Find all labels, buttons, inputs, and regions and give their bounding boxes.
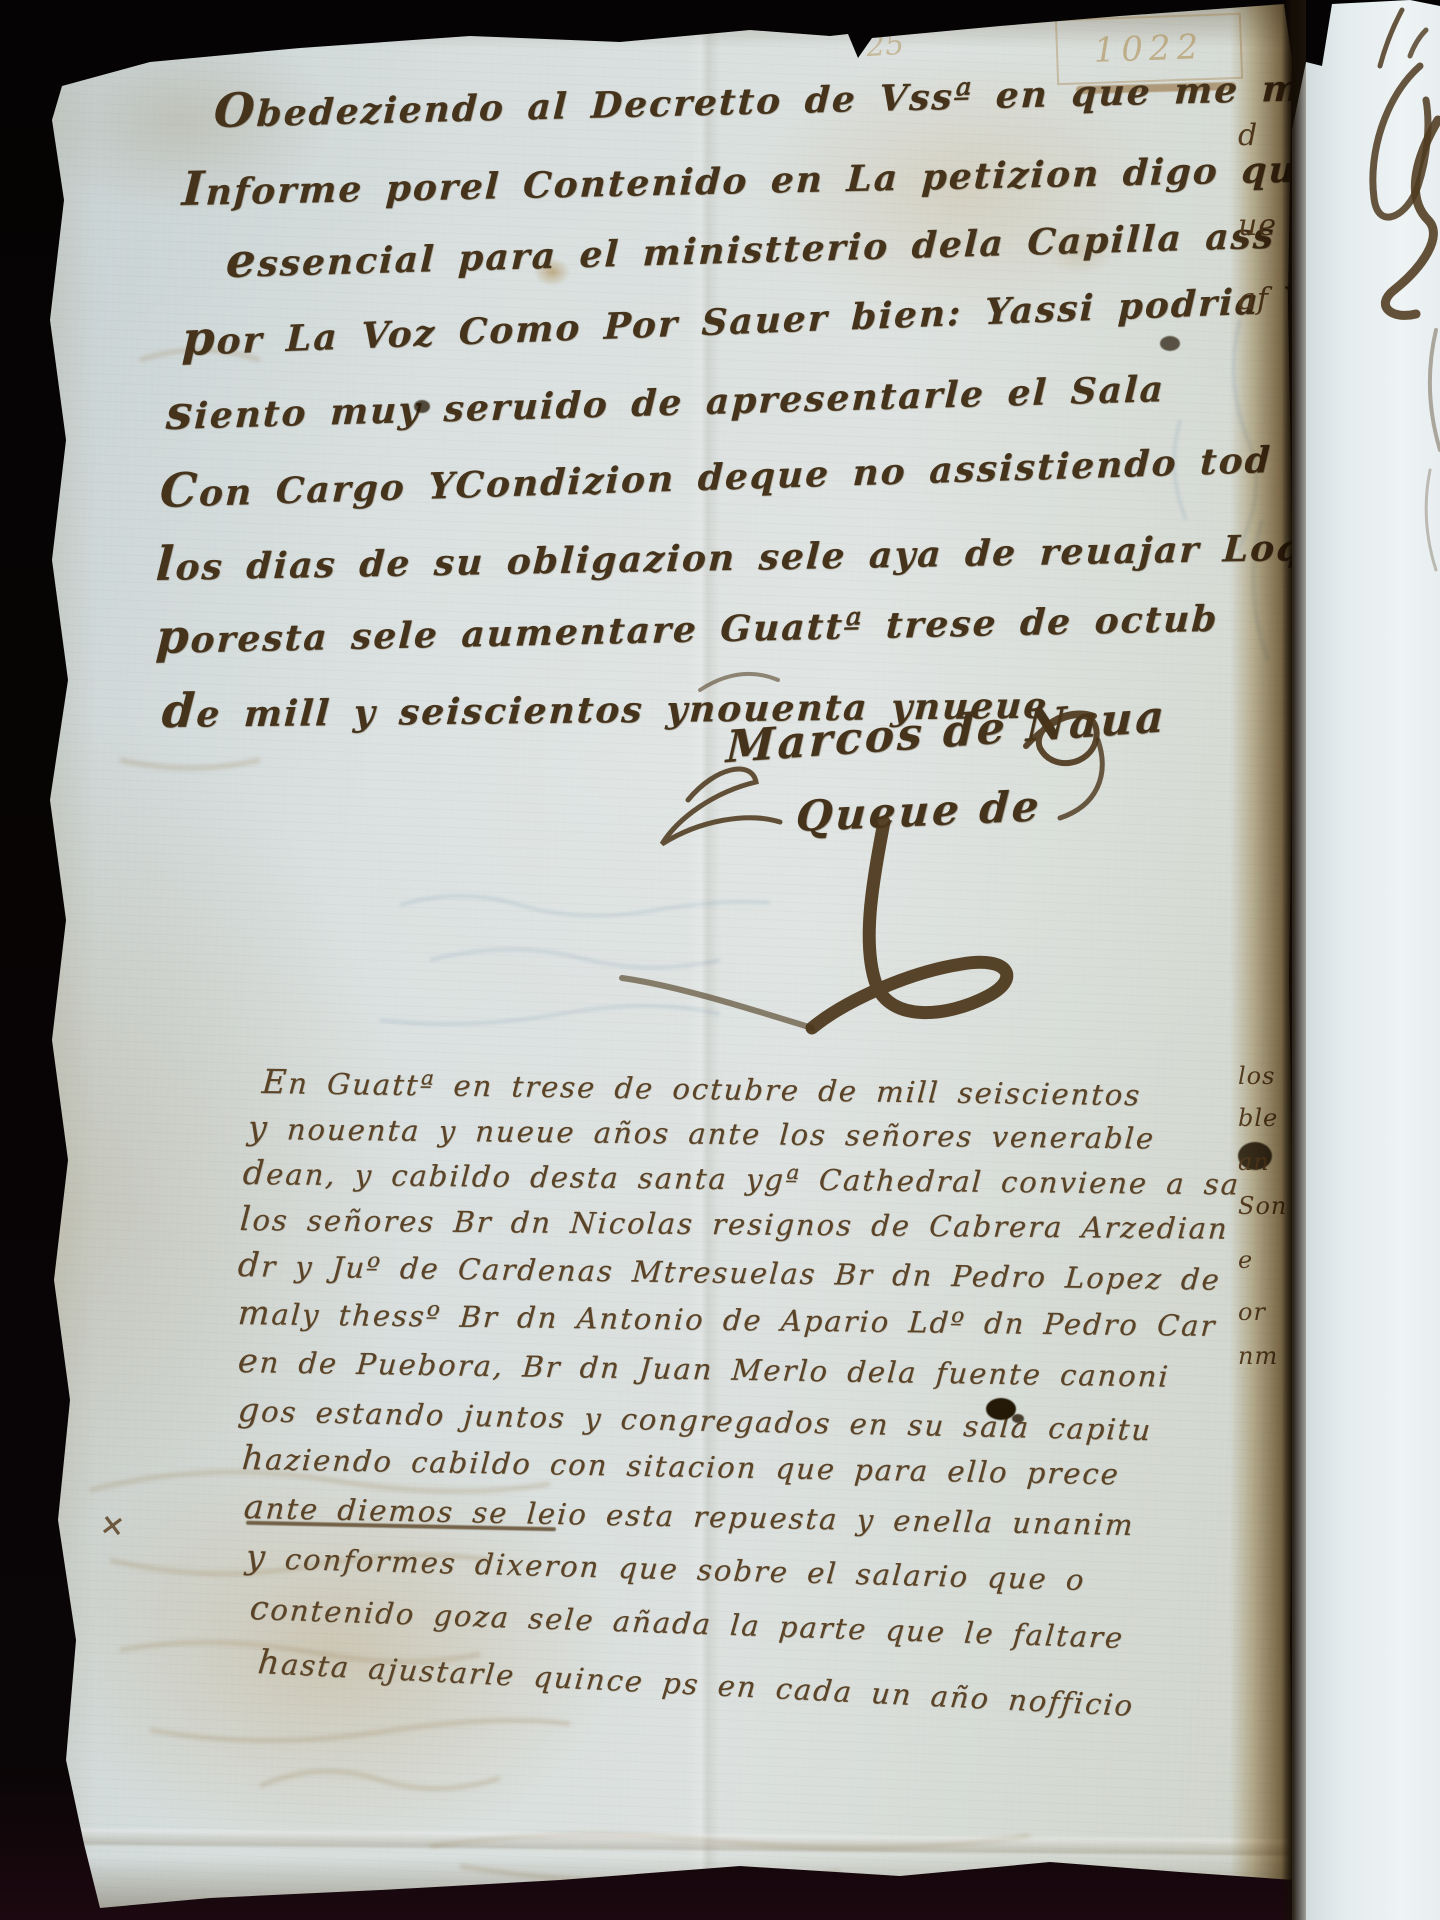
- binding-gutter-shadow: [1282, 0, 1306, 1920]
- deckle-edge-highlight: [24, 0, 54, 1920]
- archive-number-left: 25: [865, 27, 906, 65]
- report-line: los dias de su obligazion sele aya de re…: [155, 516, 1359, 592]
- photo-backdrop: 25 1022 Obedeziendo al Decretto de Vssª …: [0, 0, 1440, 1920]
- report-line: poresta sele aumentare Guattª trese de o…: [155, 588, 1220, 665]
- report-line: Obedeziendo al Decretto de Vssª en que m…: [213, 56, 1357, 139]
- report-line: Informe porel Contenido en La petizion d…: [181, 138, 1324, 217]
- act-line: dean, y cabildo desta santa ygª Cathedra…: [242, 1153, 1242, 1202]
- report-line: siento muy seruido de apresentarle el Sa…: [165, 358, 1166, 441]
- act-line: en de Puebora, Br dn Juan Merlo dela fue…: [237, 1341, 1172, 1395]
- act-line: haziendo cabildo con sitacion que para e…: [241, 1438, 1122, 1492]
- act-line: y nouenta y nueue años ante los señores …: [247, 1108, 1157, 1156]
- deckle-edge-shadow: [0, 0, 96, 1920]
- signature-name-2: Queue de: [794, 781, 1043, 841]
- act-line: maly thessº Br dn Antonio de Apario Ldº …: [237, 1293, 1218, 1344]
- ink-blot: [1160, 336, 1180, 351]
- adjacent-folio-page: [1292, 0, 1440, 1920]
- ink-blot: [414, 400, 430, 413]
- act-line: En Guattª en trese de octubre de mill se…: [261, 1062, 1143, 1113]
- act-line: dr y Juº de Cardenas Mtresuelas Br dn Pe…: [237, 1245, 1223, 1298]
- act-line: los señores Br dn Nicolas resignos de Ca…: [239, 1199, 1230, 1247]
- margin-check-mark: ×: [98, 1506, 128, 1544]
- manuscript-page: 25 1022 Obedeziendo al Decretto de Vssª …: [0, 0, 1440, 1920]
- act-line: y conformes dixeron que sobre el salario…: [244, 1537, 1087, 1598]
- ink-blot: [1012, 1414, 1024, 1423]
